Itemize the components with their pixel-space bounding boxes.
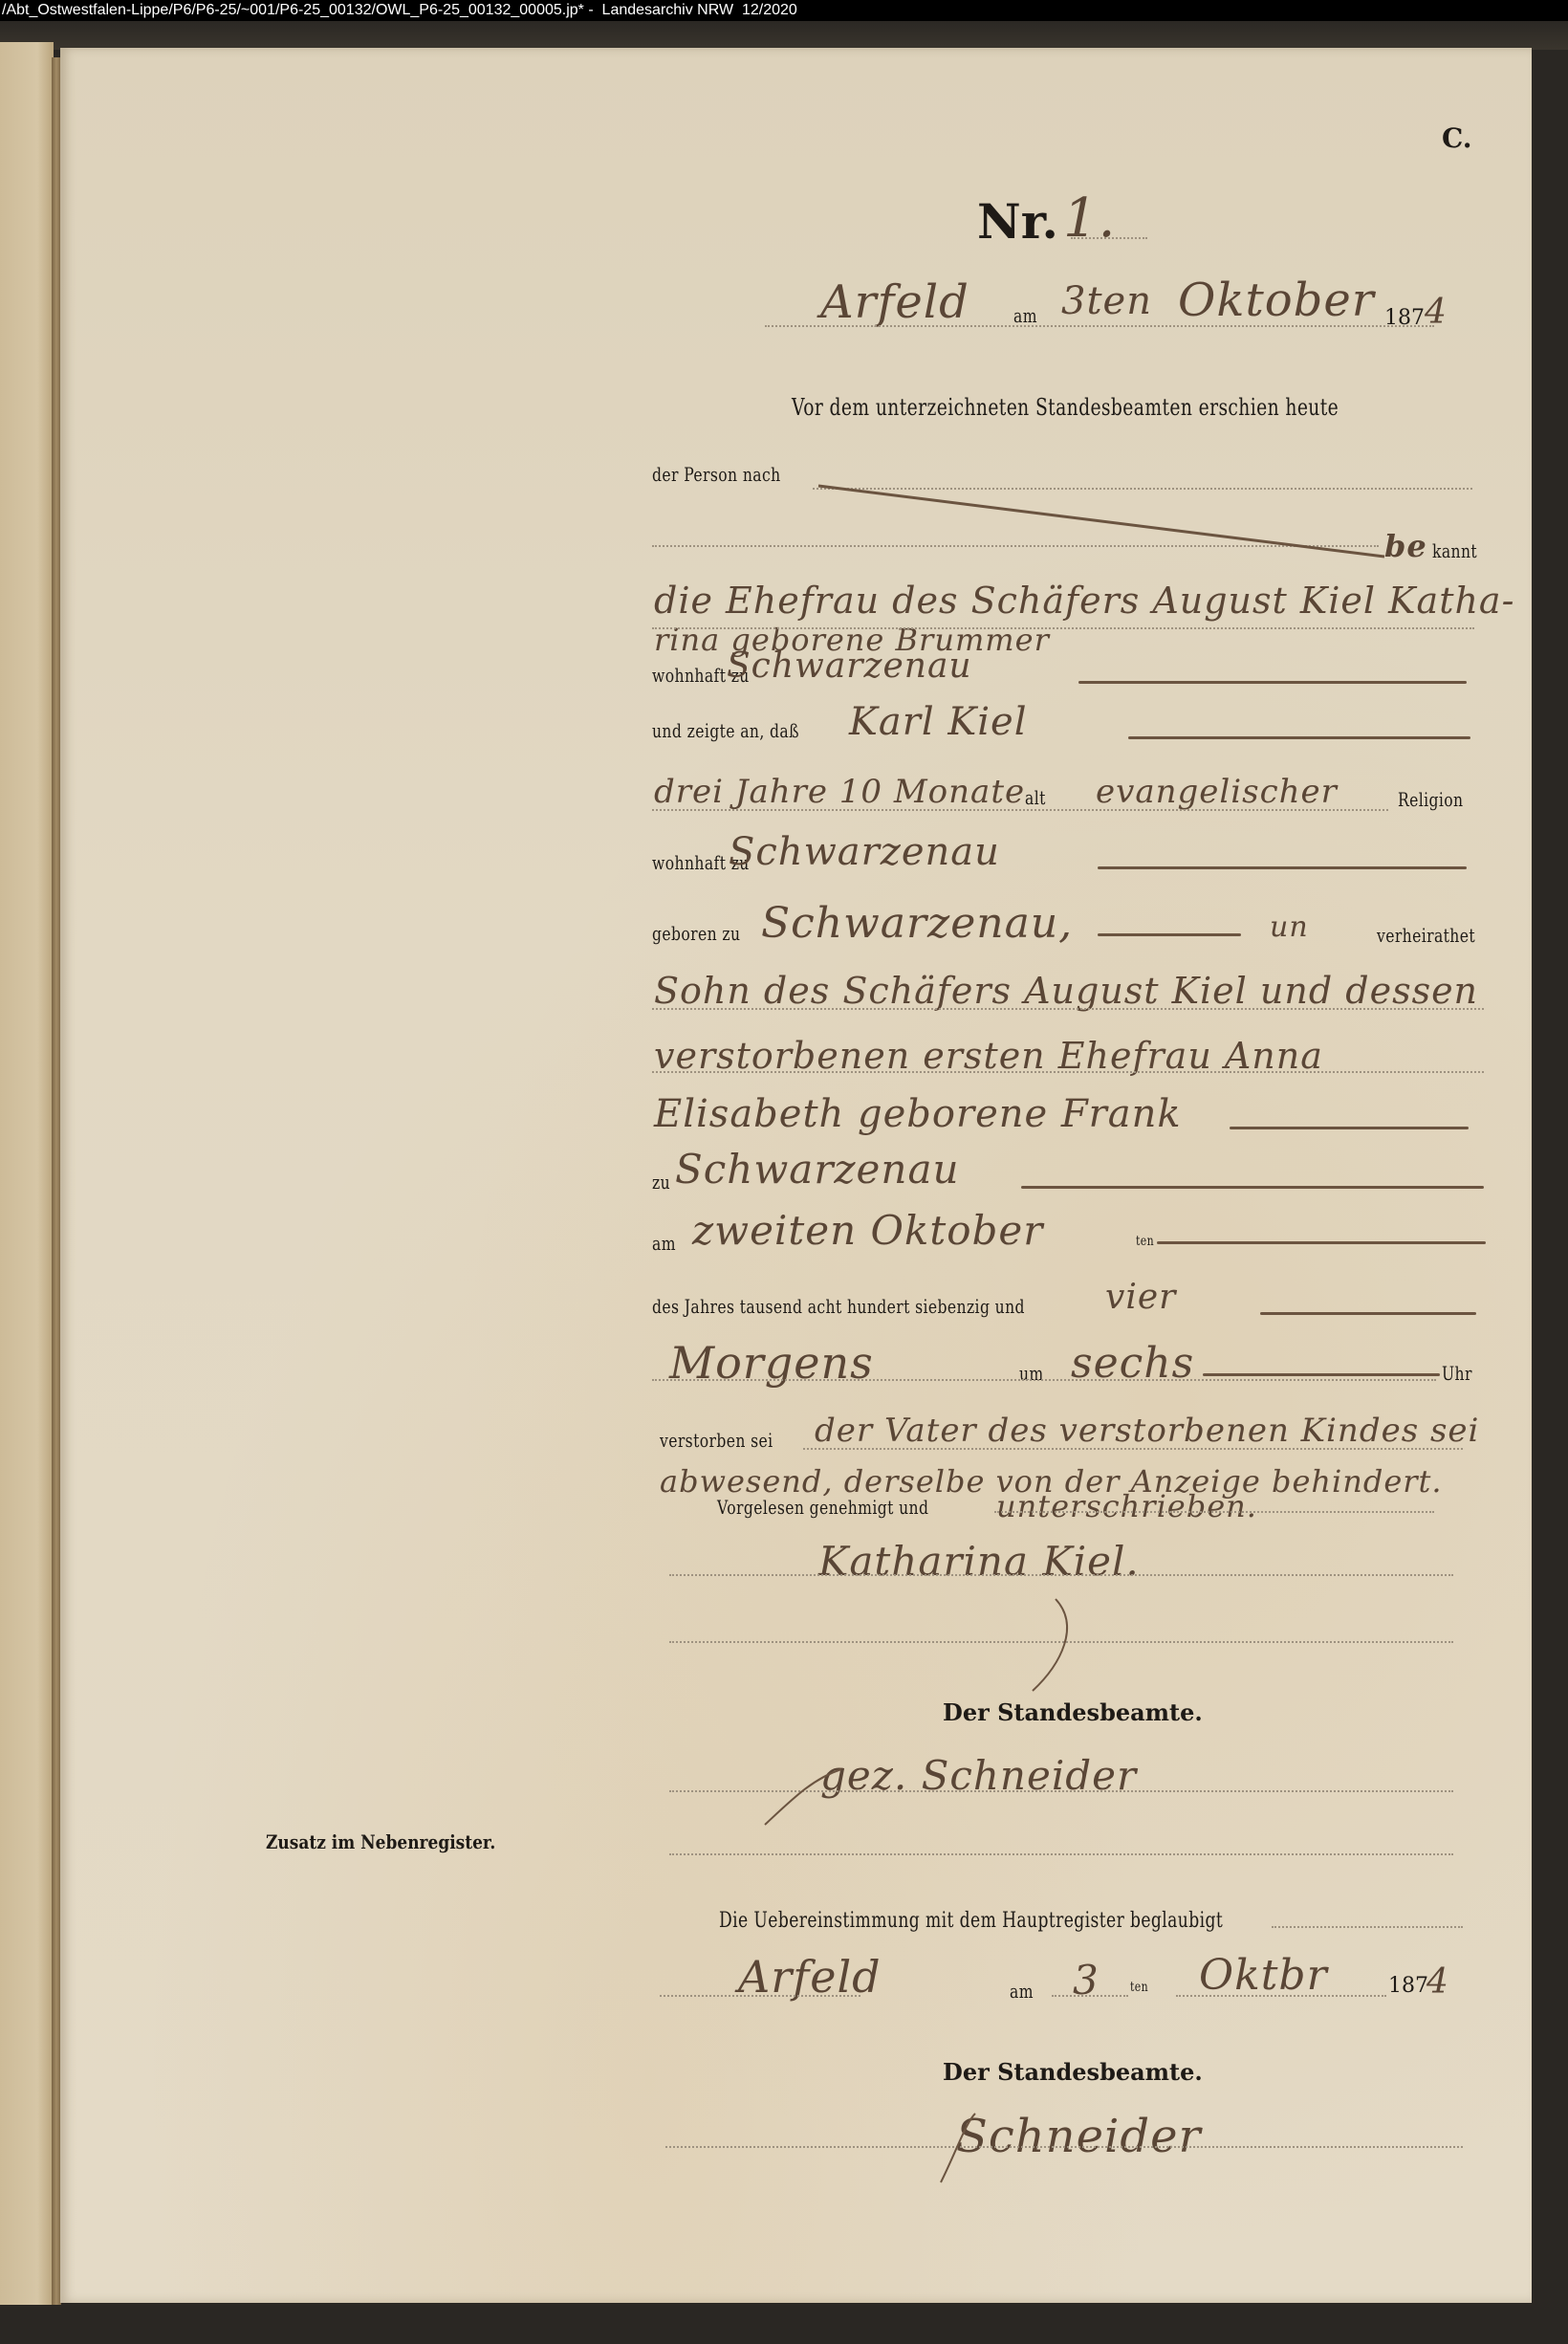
parents-line-3: Elisabeth geborene Frank	[654, 1092, 1182, 1136]
cert-day-suffix: ten	[1130, 1980, 1148, 1995]
cert-year-handwritten: 4	[1426, 1962, 1449, 2002]
religion-label: Religion	[1398, 788, 1463, 811]
birth-label: geboren zu	[652, 922, 740, 945]
form-letter: C.	[1442, 122, 1472, 154]
certification-dotline	[1272, 1926, 1463, 1928]
read-label: Vorgelesen genehmigt und	[717, 1496, 928, 1519]
intro-text: Vor dem unterzeichneten Standesbeamten e…	[792, 394, 1339, 421]
person-dotline	[813, 488, 1472, 490]
registrar-signature-dotline-1	[669, 1790, 1453, 1792]
birth-fill-stroke	[1098, 933, 1241, 936]
read-value: unterschrieben.	[996, 1488, 1257, 1524]
certification-text: Die Uebereinstimmung mit dem Hauptregist…	[719, 1909, 1223, 1933]
parents-line-1: Sohn des Schäfers August Kiel und dessen	[654, 970, 1478, 1012]
supplement-label: Zusatz im Nebenregister.	[266, 1830, 495, 1853]
residence-fill-stroke-1	[1078, 681, 1467, 684]
year-text-label: des Jahres tausend acht hundert siebenzi…	[652, 1295, 1025, 1318]
cert-month-dotline	[1176, 1995, 1386, 1997]
reported-label: und zeigte an, daß	[652, 719, 799, 742]
informant-dotline	[652, 627, 1474, 629]
died-label: verstorben sei	[660, 1429, 773, 1452]
registrar-heading-1: Der Standesbeamte.	[943, 1698, 1203, 1726]
time-dotline	[652, 1379, 1436, 1381]
person-label: der Person nach	[652, 463, 781, 486]
month-handwritten: Oktober	[1178, 274, 1375, 327]
parents-fill-stroke	[1230, 1127, 1469, 1129]
deceased-fill-stroke	[1128, 736, 1470, 739]
residence-value-2: Schwarzenau	[729, 830, 1000, 874]
blank-dotline-1	[669, 1641, 1453, 1643]
deceased-name: Karl Kiel	[849, 700, 1028, 744]
blank-dotline-2	[669, 1853, 1453, 1855]
place-handwritten: Arfeld	[820, 275, 969, 329]
bekannt-printed: kannt	[1432, 539, 1477, 562]
death-date-suffix: ten	[1136, 1234, 1154, 1249]
age-dotline	[652, 809, 1388, 811]
time-label-um: um	[1019, 1362, 1044, 1385]
date-dotline	[765, 325, 1434, 327]
religion-value: evangelischer	[1096, 773, 1338, 811]
record-number-value: 1.	[1063, 187, 1116, 250]
residence-value-1: Schwarzenau	[727, 646, 972, 686]
book-binding	[0, 21, 1568, 50]
read-dotline	[994, 1511, 1434, 1513]
registrar-signature-2: Schneider	[956, 2110, 1201, 2163]
previous-page-edge	[0, 42, 54, 2305]
parents-dotline-1	[652, 1008, 1484, 1010]
died-note-line-1: der Vater des verstorbenen Kindes sei	[815, 1412, 1479, 1450]
time-fill-stroke	[1203, 1373, 1440, 1376]
cert-am-label: am	[1010, 1980, 1034, 2003]
residence-fill-stroke-2	[1098, 866, 1467, 869]
cert-day-dotline	[1052, 1995, 1128, 1997]
am-label: am	[1013, 304, 1037, 327]
bekannt-handwritten: be	[1384, 528, 1427, 564]
birth-value: Schwarzenau,	[761, 899, 1073, 948]
number-dotline	[1071, 237, 1147, 239]
year-fill-stroke	[1260, 1312, 1476, 1315]
registrar-signature-dotline-2	[665, 2146, 1463, 2148]
death-place-label: zu	[652, 1171, 670, 1194]
death-date-label: am	[652, 1232, 676, 1255]
death-date-fill-stroke	[1157, 1241, 1486, 1244]
window-title-bar: /Abt_Ostwestfalen-Lippe/P6/P6-25/~001/P6…	[0, 0, 1568, 21]
married-prefix: un	[1270, 910, 1309, 944]
informant-line-1: die Ehefrau des Schäfers August Kiel Kat…	[654, 580, 1514, 622]
died-dotline	[803, 1448, 1463, 1450]
age-value: drei Jahre 10 Monate	[654, 773, 1025, 811]
informant-signature-dotline	[669, 1574, 1453, 1576]
year-text-value: vier	[1105, 1278, 1176, 1317]
married-label: verheirathet	[1377, 924, 1475, 947]
record-number-label: Nr.	[977, 193, 1058, 250]
time-label-uhr: Uhr	[1442, 1362, 1472, 1385]
cert-month: Oktbr	[1199, 1951, 1328, 2000]
day-handwritten: 3ten	[1061, 279, 1152, 323]
bekannt-dotline	[652, 545, 1379, 547]
cert-place-dotline	[660, 1995, 860, 1997]
death-place-fill-stroke	[1021, 1186, 1484, 1189]
parents-dotline-2	[652, 1071, 1484, 1073]
registrar-heading-2: Der Standesbeamte.	[943, 2058, 1203, 2086]
informant-signature: Katharina Kiel.	[818, 1538, 1140, 1585]
age-label: alt	[1025, 786, 1046, 809]
death-place-value: Schwarzenau	[675, 1146, 960, 1193]
cert-year-printed: 187	[1388, 1974, 1428, 1998]
death-date-value: zweiten Oktober	[692, 1207, 1043, 1254]
